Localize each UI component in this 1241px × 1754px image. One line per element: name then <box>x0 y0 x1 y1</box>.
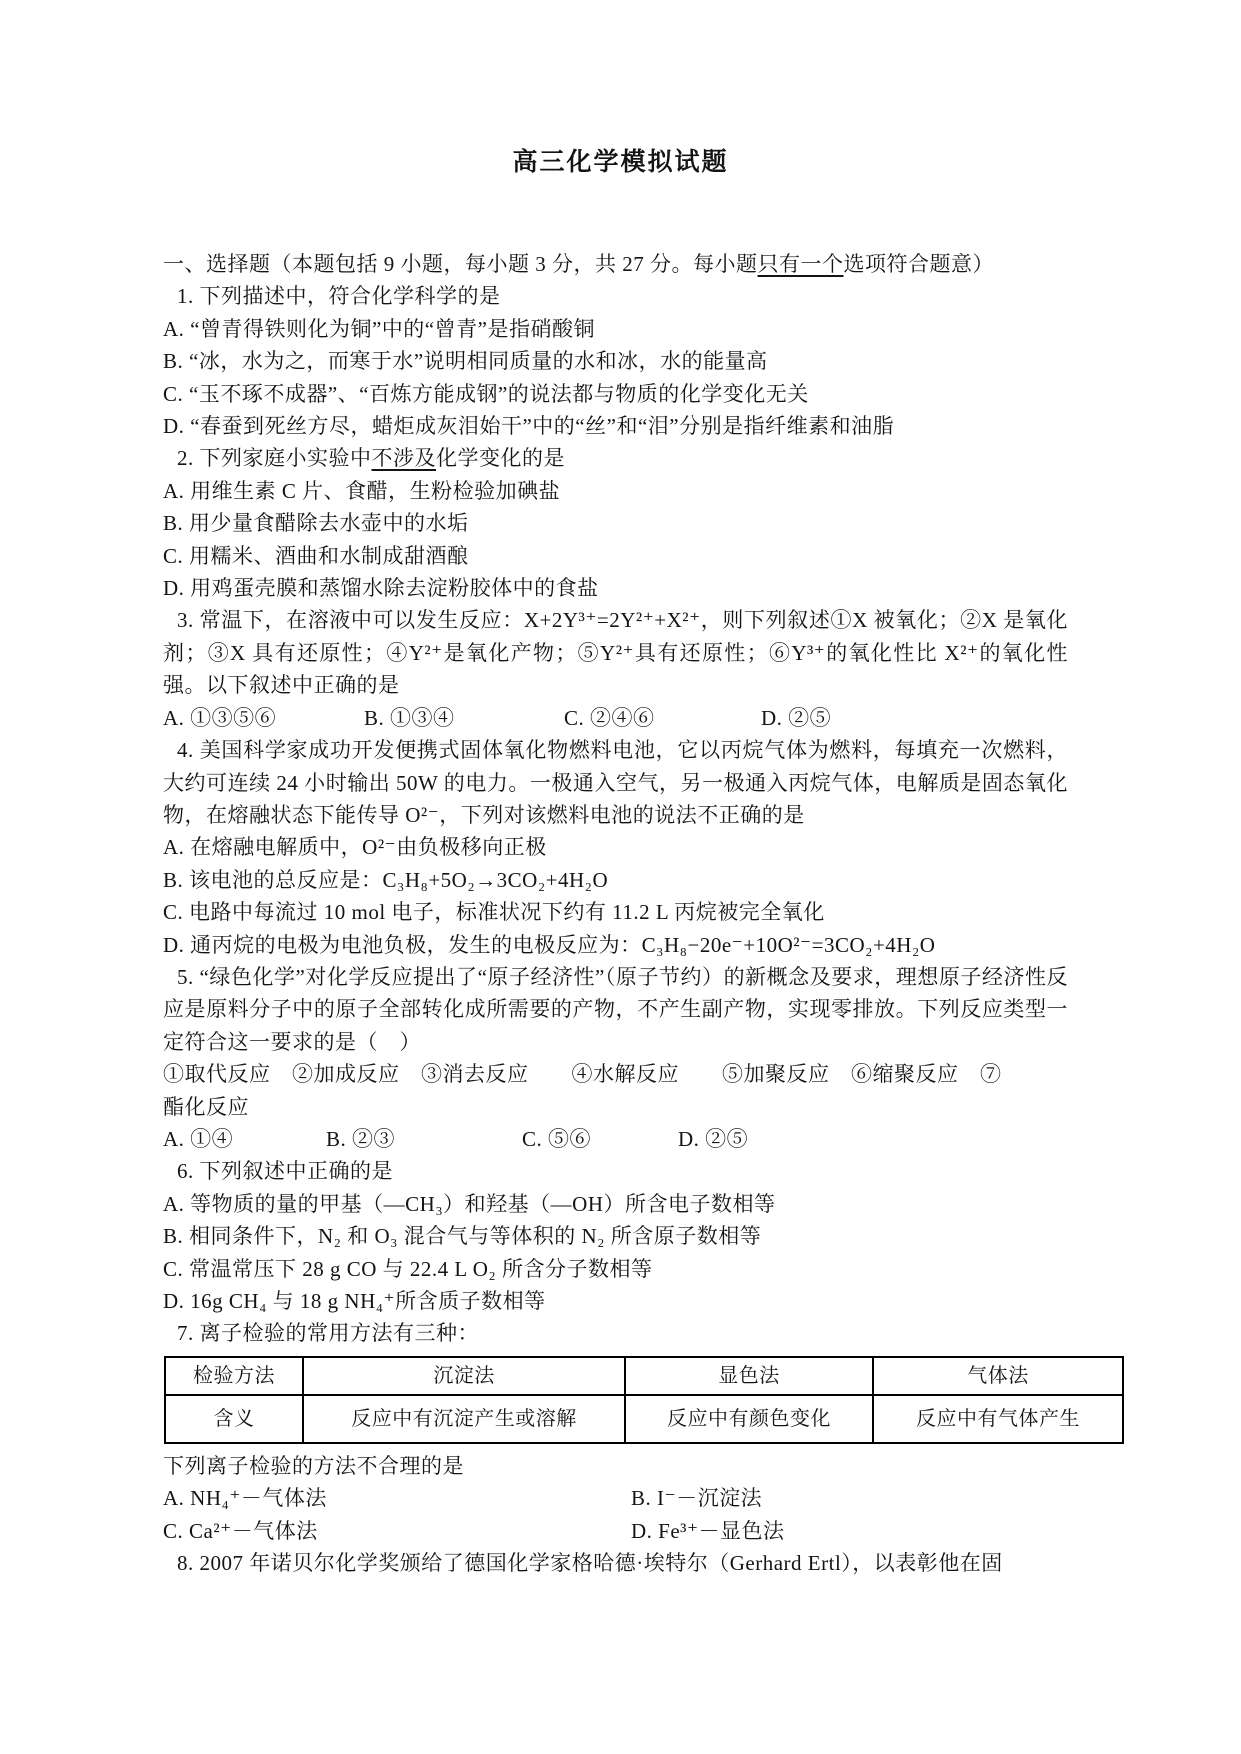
section-header-pre: 一、选择题（本题包括 9 小题，每小题 3 分，共 27 分。每小题 <box>163 252 758 276</box>
q1-option-a: A. “曾青得铁则化为铜”中的“曾青”是指硝酸铜 <box>163 313 1068 345</box>
table-cell-meaning: 含义 <box>165 1395 303 1443</box>
q2-option-d: D. 用鸡蛋壳膜和蒸馏水除去淀粉胶体中的食盐 <box>163 572 1068 604</box>
q2-stem-pre: 2. 下列家庭小实验中 <box>177 446 372 470</box>
q3-stem: 3. 常温下，在溶液中可以发生反应：X+2Y³⁺=2Y²⁺+X²⁺，则下列叙述①… <box>163 604 1068 701</box>
q6-option-a: A. 等物质的量的甲基（—CH₃）和羟基（—OH）所含电子数相等 <box>163 1188 1068 1220</box>
q2-stem: 2. 下列家庭小实验中不涉及化学变化的是 <box>163 442 1068 474</box>
q7-option-b: B. I⁻－沉淀法 <box>631 1482 762 1514</box>
q2-option-c: C. 用糯米、酒曲和水制成甜酒酿 <box>163 540 1068 572</box>
q3-answer-row: A. ①③⑤⑥B. ①③④C. ②④⑥D. ②⑤ <box>163 702 1068 734</box>
table-cell-precipitation-meaning: 反应中有沉淀产生或溶解 <box>303 1395 625 1443</box>
q7-option-c: C. Ca²⁺－气体法 <box>163 1515 631 1547</box>
table-header-method: 检验方法 <box>165 1357 303 1395</box>
q1-option-c: C. “玉不琢不成器”、“百炼方能成钢”的说法都与物质的化学变化无关 <box>163 378 1068 410</box>
q4-option-a: A. 在熔融电解质中，O²⁻由负极移向正极 <box>163 831 1068 863</box>
q2-stem-underlined: 不涉及 <box>372 446 437 470</box>
table-header-precipitation: 沉淀法 <box>303 1357 625 1395</box>
section-header-underlined: 只有一个 <box>758 252 844 276</box>
q3-option-d: D. ②⑤ <box>761 702 831 734</box>
q3-option-c: C. ②④⑥ <box>564 702 761 734</box>
q2-stem-post: 化学变化的是 <box>436 446 565 470</box>
q2-option-b: B. 用少量食醋除去水壶中的水垢 <box>163 507 1068 539</box>
q1-stem: 1. 下列描述中，符合化学科学的是 <box>163 280 1068 312</box>
table-meaning-row: 含义 反应中有沉淀产生或溶解 反应中有颜色变化 反应中有气体产生 <box>165 1395 1123 1443</box>
q5-option-d: D. ②⑤ <box>678 1123 748 1155</box>
exam-page: 高三化学模拟试题 一、选择题（本题包括 9 小题，每小题 3 分，共 27 分。… <box>0 0 1241 1754</box>
section-header-post: 选项符合题意） <box>844 252 995 276</box>
table-cell-color-meaning: 反应中有颜色变化 <box>625 1395 873 1443</box>
q6-stem: 6. 下列叙述中正确的是 <box>163 1155 1068 1187</box>
q7-option-a: A. NH₄⁺－气体法 <box>163 1482 631 1514</box>
q6-option-c: C. 常温常压下 28 g CO 与 22.4 L O₂ 所含分子数相等 <box>163 1253 1068 1285</box>
q3-option-a: A. ①③⑤⑥ <box>163 702 364 734</box>
q5-option-c: C. ⑤⑥ <box>522 1123 678 1155</box>
q5-answer-row: A. ①④B. ②③C. ⑤⑥D. ②⑤ <box>163 1123 1068 1155</box>
q7-answer-row-2: C. Ca²⁺－气体法D. Fe³⁺－显色法 <box>163 1515 1068 1547</box>
q4-stem: 4. 美国科学家成功开发便携式固体氧化物燃料电池，它以丙烷气体为燃料，每填充一次… <box>163 734 1068 831</box>
q5-reaction-list-line1: ①取代反应 ②加成反应 ③消去反应 ④水解反应 ⑤加聚反应 ⑥缩聚反应 ⑦ <box>163 1058 1068 1090</box>
section-header: 一、选择题（本题包括 9 小题，每小题 3 分，共 27 分。每小题只有一个选项… <box>163 248 1068 280</box>
q8-stem: 8. 2007 年诺贝尔化学奖颁给了德国化学家格哈德·埃特尔（Gerhard E… <box>163 1547 1068 1579</box>
table-header-color: 显色法 <box>625 1357 873 1395</box>
table-header-gas: 气体法 <box>873 1357 1123 1395</box>
page-title: 高三化学模拟试题 <box>0 146 1241 179</box>
table-cell-gas-meaning: 反应中有气体产生 <box>873 1395 1123 1443</box>
q5-option-b: B. ②③ <box>326 1123 522 1155</box>
q3-option-b: B. ①③④ <box>364 702 564 734</box>
q6-option-d: D. 16g CH₄ 与 18 g NH₄⁺所含质子数相等 <box>163 1285 1068 1317</box>
q4-option-b: B. 该电池的总反应是：C₃H₈+5O₂→3CO₂+4H₂O <box>163 864 1068 896</box>
q4-option-c: C. 电路中每流过 10 mol 电子，标准状况下约有 11.2 L 丙烷被完全… <box>163 896 1068 928</box>
table-header-row: 检验方法 沉淀法 显色法 气体法 <box>165 1357 1123 1395</box>
q7-sub-stem: 下列离子检验的方法不合理的是 <box>163 1450 1068 1482</box>
q4-option-d: D. 通丙烷的电极为电池负极，发生的电极反应为：C₃H₈−20e⁻+10O²⁻=… <box>163 929 1068 961</box>
q2-option-a: A. 用维生素 C 片、食醋，生粉检验加碘盐 <box>163 475 1068 507</box>
q5-option-a: A. ①④ <box>163 1123 326 1155</box>
ion-test-methods-table: 检验方法 沉淀法 显色法 气体法 含义 反应中有沉淀产生或溶解 反应中有颜色变化… <box>164 1356 1124 1444</box>
q5-reaction-list-line2: 酯化反应 <box>163 1091 1068 1123</box>
q5-stem: 5. “绿色化学”对化学反应提出了“原子经济性”（原子节约）的新概念及要求，理想… <box>163 961 1068 1058</box>
exam-body: 一、选择题（本题包括 9 小题，每小题 3 分，共 27 分。每小题只有一个选项… <box>163 248 1068 1579</box>
q7-stem: 7. 离子检验的常用方法有三种： <box>163 1317 1068 1349</box>
q1-option-b: B. “冰，水为之，而寒于水”说明相同质量的水和冰，水的能量高 <box>163 345 1068 377</box>
q6-option-b: B. 相同条件下，N₂ 和 O₃ 混合气与等体积的 N₂ 所含原子数相等 <box>163 1220 1068 1252</box>
q7-answer-row-1: A. NH₄⁺－气体法B. I⁻－沉淀法 <box>163 1482 1068 1514</box>
q7-option-d: D. Fe³⁺－显色法 <box>631 1515 785 1547</box>
q1-option-d: D. “春蚕到死丝方尽，蜡炬成灰泪始干”中的“丝”和“泪”分别是指纤维素和油脂 <box>163 410 1068 442</box>
